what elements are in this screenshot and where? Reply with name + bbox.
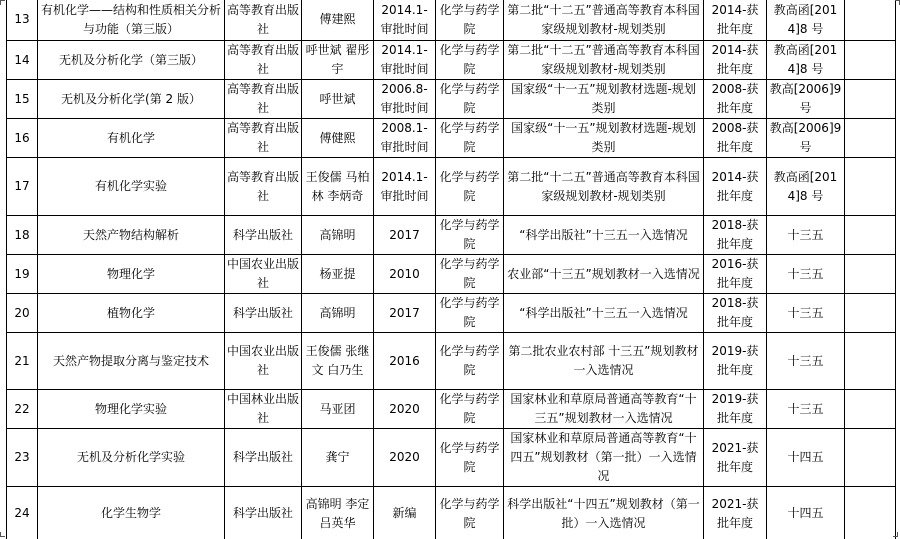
authors-cell: 傅健熙: [302, 119, 374, 158]
authors-cell: 王俊儒 张继文 白乃生: [302, 333, 374, 390]
document-number-cell: 十三五: [767, 333, 845, 390]
approval-date-cell: 2020: [374, 390, 436, 429]
row-number-cell: 16: [7, 119, 38, 158]
document-number-cell: 十三五: [767, 390, 845, 429]
book-title-cell: 无机及分析化学(第 2 版）: [38, 80, 225, 119]
note-cell: [845, 216, 896, 255]
approval-year-cell: 2014-获批年度: [704, 41, 767, 80]
publisher-cell: 中国农业出版社: [225, 255, 302, 294]
document-number-cell: 十四五: [767, 487, 845, 539]
plan-category-cell: 国家级“十一五”规划教材选题-规划类别: [504, 119, 704, 158]
note-cell: [845, 429, 896, 487]
row-number-cell: 22: [7, 390, 38, 429]
book-title-cell: 有机化学: [38, 119, 225, 158]
authors-cell: 呼世斌: [302, 80, 374, 119]
row-number-cell: 19: [7, 255, 38, 294]
authors-cell: 马亚团: [302, 390, 374, 429]
approval-date-cell: 2014.1-审批时间: [374, 41, 436, 80]
table-row: 20植物化学科学出版社高锦明2017化学与药学院“科学出版社”十三五一入选情况2…: [7, 294, 896, 333]
row-number-cell: 13: [7, 0, 38, 41]
approval-year-cell: 2008-获批年度: [704, 80, 767, 119]
document-number-cell: 教高函[2014]8 号: [767, 41, 845, 80]
table-row: 24化学生物学科学出版社高锦明 李定 吕英华新编化学与药学院科学出版社“十四五”…: [7, 487, 896, 539]
approval-date-cell: 2020: [374, 429, 436, 487]
college-cell: 化学与药学院: [436, 80, 504, 119]
table-row: 13有机化学——结构和性质相关分析与功能（第三版）高等教育出版社傅建熙2014.…: [7, 0, 896, 41]
plan-category-cell: 第二批“十二五”普通高等教育本科国家级规划教材-规划类别: [504, 41, 704, 80]
table-row: 22物理化学实验中国林业出版社马亚团2020化学与药学院国家林业和草原局普通高等…: [7, 390, 896, 429]
plan-category-cell: 农业部“十三五”规划教材一入选情况: [504, 255, 704, 294]
approval-year-cell: 2019-获批年度: [704, 390, 767, 429]
row-number-cell: 20: [7, 294, 38, 333]
college-cell: 化学与药学院: [436, 429, 504, 487]
note-cell: [845, 41, 896, 80]
plan-category-cell: 国家林业和草原局普通高等教育“十四五”规划教材（第一批）一入选情况: [504, 429, 704, 487]
authors-cell: 王俊儒 马柏林 李炳奇: [302, 158, 374, 216]
college-cell: 化学与药学院: [436, 41, 504, 80]
authors-cell: 龚宁: [302, 429, 374, 487]
publisher-cell: 高等教育出版社: [225, 41, 302, 80]
document-number-cell: 教高[2006]9 号: [767, 119, 845, 158]
authors-cell: 杨亚提: [302, 255, 374, 294]
authors-cell: 呼世斌 翟彤宇: [302, 41, 374, 80]
publisher-cell: 中国林业出版社: [225, 390, 302, 429]
book-title-cell: 无机及分析化学实验: [38, 429, 225, 487]
approval-year-cell: 2021-获批年度: [704, 487, 767, 539]
table-row: 23无机及分析化学实验科学出版社龚宁2020化学与药学院国家林业和草原局普通高等…: [7, 429, 896, 487]
publisher-cell: 科学出版社: [225, 294, 302, 333]
row-number-cell: 14: [7, 41, 38, 80]
book-title-cell: 物理化学实验: [38, 390, 225, 429]
row-number-cell: 18: [7, 216, 38, 255]
table-row: 16有机化学高等教育出版社傅健熙2008.1-审批时间化学与药学院国家级“十一五…: [7, 119, 896, 158]
book-title-cell: 有机化学——结构和性质相关分析与功能（第三版）: [38, 0, 225, 41]
textbook-table: 13有机化学——结构和性质相关分析与功能（第三版）高等教育出版社傅建熙2014.…: [6, 0, 896, 539]
table-row: 14无机及分析化学（第三版）高等教育出版社呼世斌 翟彤宇2014.1-审批时间化…: [7, 41, 896, 80]
college-cell: 化学与药学院: [436, 294, 504, 333]
approval-year-cell: 2014-获批年度: [704, 158, 767, 216]
college-cell: 化学与药学院: [436, 216, 504, 255]
approval-year-cell: 2018-获批年度: [704, 294, 767, 333]
book-title-cell: 天然产物结构解析: [38, 216, 225, 255]
book-title-cell: 无机及分析化学（第三版）: [38, 41, 225, 80]
publisher-cell: 高等教育出版社: [225, 0, 302, 41]
authors-cell: 高锦明: [302, 294, 374, 333]
document-number-cell: 教高函[2014]8 号: [767, 0, 845, 41]
plan-category-cell: 国家林业和草原局普通高等教育“十三五”规划教材一入选情况: [504, 390, 704, 429]
publisher-cell: 高等教育出版社: [225, 119, 302, 158]
note-cell: [845, 119, 896, 158]
college-cell: 化学与药学院: [436, 390, 504, 429]
publisher-cell: 高等教育出版社: [225, 80, 302, 119]
approval-date-cell: 2014.1-审批时间: [374, 0, 436, 41]
approval-year-cell: 2018-获批年度: [704, 216, 767, 255]
row-number-cell: 23: [7, 429, 38, 487]
book-title-cell: 天然产物提取分离与鉴定技术: [38, 333, 225, 390]
row-number-cell: 24: [7, 487, 38, 539]
document-number-cell: 教高[2006]9 号: [767, 80, 845, 119]
note-cell: [845, 333, 896, 390]
book-title-cell: 有机化学实验: [38, 158, 225, 216]
approval-date-cell: 2016: [374, 333, 436, 390]
approval-date-cell: 2014.1-审批时间: [374, 158, 436, 216]
publisher-cell: 高等教育出版社: [225, 158, 302, 216]
college-cell: 化学与药学院: [436, 158, 504, 216]
table-row: 21天然产物提取分离与鉴定技术中国农业出版社王俊儒 张继文 白乃生2016化学与…: [7, 333, 896, 390]
corner-mark-top-right: [895, 0, 900, 5]
approval-year-cell: 2008-获批年度: [704, 119, 767, 158]
approval-date-cell: 2017: [374, 216, 436, 255]
plan-category-cell: 科学出版社“十四五”规划教材（第一批）一入选情况: [504, 487, 704, 539]
college-cell: 化学与药学院: [436, 119, 504, 158]
row-number-cell: 17: [7, 158, 38, 216]
table-row: 18天然产物结构解析科学出版社高锦明2017化学与药学院“科学出版社”十三五一入…: [7, 216, 896, 255]
plan-category-cell: “科学出版社”十三五一入选情况: [504, 216, 704, 255]
approval-year-cell: 2016-获批年度: [704, 255, 767, 294]
document-number-cell: 教高函[2014]8 号: [767, 158, 845, 216]
approval-date-cell: 2010: [374, 255, 436, 294]
authors-cell: 高锦明: [302, 216, 374, 255]
approval-year-cell: 2021-获批年度: [704, 429, 767, 487]
college-cell: 化学与药学院: [436, 487, 504, 539]
plan-category-cell: 第二批“十二五”普通高等教育本科国家级规划教材-规划类别: [504, 0, 704, 41]
publisher-cell: 科学出版社: [225, 429, 302, 487]
authors-cell: 高锦明 李定 吕英华: [302, 487, 374, 539]
publisher-cell: 中国农业出版社: [225, 333, 302, 390]
table-row: 17有机化学实验高等教育出版社王俊儒 马柏林 李炳奇2014.1-审批时间化学与…: [7, 158, 896, 216]
college-cell: 化学与药学院: [436, 333, 504, 390]
publisher-cell: 科学出版社: [225, 216, 302, 255]
note-cell: [845, 80, 896, 119]
approval-year-cell: 2019-获批年度: [704, 333, 767, 390]
college-cell: 化学与药学院: [436, 0, 504, 41]
approval-date-cell: 2008.1-审批时间: [374, 119, 436, 158]
note-cell: [845, 487, 896, 539]
publisher-cell: 科学出版社: [225, 487, 302, 539]
approval-date-cell: 2017: [374, 294, 436, 333]
corner-mark-bottom-left: [0, 532, 5, 537]
plan-category-cell: 第二批“十二五”普通高等教育本科国家级规划教材-规划类别: [504, 158, 704, 216]
book-title-cell: 物理化学: [38, 255, 225, 294]
corner-mark-top-left: [0, 0, 5, 5]
plan-category-cell: “科学出版社”十三五一入选情况: [504, 294, 704, 333]
approval-date-cell: 2006.8-审批时间: [374, 80, 436, 119]
note-cell: [845, 390, 896, 429]
book-title-cell: 化学生物学: [38, 487, 225, 539]
approval-date-cell: 新编: [374, 487, 436, 539]
document-number-cell: 十三五: [767, 255, 845, 294]
document-number-cell: 十三五: [767, 294, 845, 333]
note-cell: [845, 0, 896, 41]
book-title-cell: 植物化学: [38, 294, 225, 333]
approval-year-cell: 2014-获批年度: [704, 0, 767, 41]
note-cell: [845, 255, 896, 294]
plan-category-cell: 第二批农业农村部 十三五”规划教材一入选情况: [504, 333, 704, 390]
document-number-cell: 十四五: [767, 429, 845, 487]
corner-mark-bottom-right: [893, 532, 898, 537]
authors-cell: 傅建熙: [302, 0, 374, 41]
row-number-cell: 15: [7, 80, 38, 119]
plan-category-cell: 国家级“十一五”规划教材选题-规划类别: [504, 80, 704, 119]
note-cell: [845, 158, 896, 216]
row-number-cell: 21: [7, 333, 38, 390]
table-row: 19物理化学中国农业出版社杨亚提2010化学与药学院农业部“十三五”规划教材一入…: [7, 255, 896, 294]
college-cell: 化学与药学院: [436, 255, 504, 294]
note-cell: [845, 294, 896, 333]
table-row: 15无机及分析化学(第 2 版）高等教育出版社呼世斌2006.8-审批时间化学与…: [7, 80, 896, 119]
document-number-cell: 十三五: [767, 216, 845, 255]
